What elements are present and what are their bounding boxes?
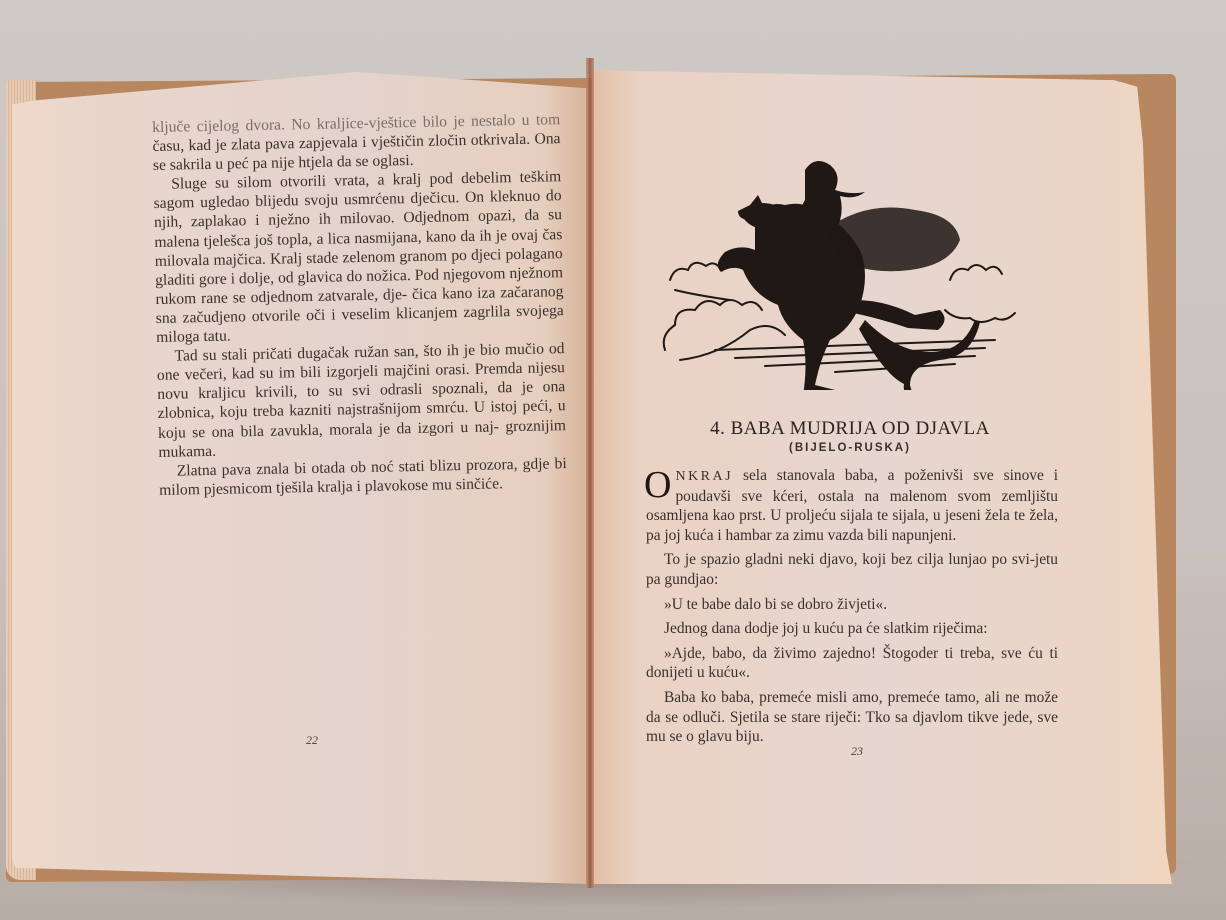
devil-and-old-woman-illustration: [655, 150, 1035, 390]
chapter-title: 4. BABA MUDRIJA OD DJAVLA: [640, 418, 1060, 440]
paragraph: »Ajde, babo, da živimo zajedno! Štogoder…: [646, 644, 1058, 683]
paragraph: Sluge su silom otvorili vrata, a kralj p…: [153, 167, 564, 347]
left-page-number: 22: [306, 733, 318, 748]
paragraph: Baba ko baba, premeće misli amo, premeće…: [646, 688, 1058, 747]
chapter-subtitle: (BIJELO-RUSKA): [640, 442, 1060, 454]
right-page-text: ONKRAJ sela stanovala baba, a poženivši …: [646, 466, 1058, 752]
paragraph: ključe cijelog dvora. No kraljice-vješti…: [152, 110, 561, 175]
paragraph: »U te babe dalo bi se dobro živjeti«.: [646, 595, 1058, 615]
paragraph: Jednog dana dodje joj u kuću pa će slatk…: [646, 619, 1058, 639]
book-spine: [586, 58, 594, 888]
paragraph: To je spazio gladni neki djavo, koji bez…: [646, 550, 1058, 589]
opening-smallcaps: NKRAJ: [675, 469, 733, 484]
drop-cap: O: [644, 468, 671, 502]
paragraph: Zlatna pava znala bi otada ob noć stati …: [159, 454, 568, 500]
paragraph: ONKRAJ sela stanovala baba, a poženivši …: [646, 466, 1058, 545]
left-page-text: ključe cijelog dvora. No kraljice-vješti…: [152, 110, 567, 500]
paragraph: Tad su stali pričati dugačak ružan san, …: [156, 339, 566, 461]
right-page-number: 23: [851, 744, 863, 759]
